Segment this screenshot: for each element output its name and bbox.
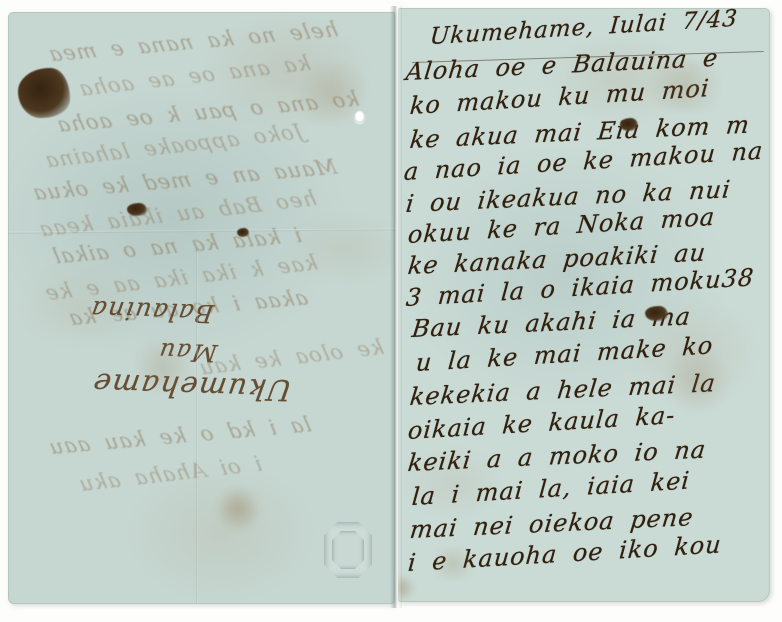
- embossed-seal-inner-ring: [332, 531, 364, 569]
- foxing-stain: [638, 60, 733, 112]
- showthrough-line: la i kd o ke kau aau: [46, 413, 314, 460]
- foxing-stain: [214, 486, 262, 532]
- left-leaf: hele no ka nana e mea ka ana oe ae aoha …: [8, 12, 395, 604]
- letter-scan: hele no ka nana e mea ka ana oe ae aoha …: [0, 0, 782, 622]
- center-fold-seam: [390, 6, 402, 608]
- foxing-stain: [428, 548, 478, 580]
- foxing-stain: [666, 344, 728, 416]
- vertical-fold-crease: [196, 250, 198, 604]
- punch-hole: [354, 110, 365, 123]
- handwriting-line-date: Ukumehame, Iulai 7/43: [429, 8, 739, 50]
- right-leaf: Ukumehame, Iulai 7/43 Aloha oe e Balauin…: [398, 8, 770, 602]
- foxing-stain: [128, 342, 198, 392]
- ink-blot: [127, 203, 147, 216]
- ink-blot: [18, 68, 70, 118]
- ink-blot: [620, 118, 638, 131]
- ink-blot: [645, 306, 668, 321]
- ink-blot: [237, 228, 249, 237]
- embossed-octagon-seal: [324, 522, 372, 578]
